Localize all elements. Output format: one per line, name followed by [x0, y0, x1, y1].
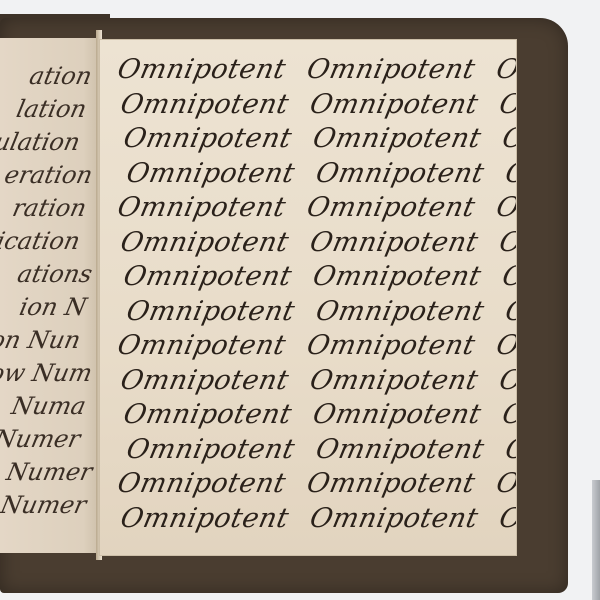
handwriting-line: OmnipotentOmnipotentOmnipotent — [124, 158, 516, 189]
left-page: ationlationulationerationrationicationat… — [0, 38, 98, 553]
handwritten-word: Omnipotent — [307, 89, 481, 120]
left-page-line: ication — [0, 227, 83, 255]
handwritten-word: Omnipotent — [304, 192, 478, 223]
handwriting-line: OmnipotentOmnipotentOmnipotent — [121, 123, 516, 154]
left-page-line: lation — [14, 95, 89, 123]
handwritten-word: Omnipotent — [115, 192, 289, 223]
handwritten-word: Omnipotent — [502, 296, 516, 327]
left-page-line: Numer — [0, 491, 89, 519]
handwriting-line: OmnipotentOmnipotentOmnipotent — [124, 434, 516, 465]
left-page-line: ulation — [0, 128, 83, 156]
right-page: OmnipotentOmnipotentOmOmnipotentOmnipote… — [100, 40, 516, 555]
handwritten-word: Omnipotent — [124, 434, 298, 465]
handwriting-line: OmnipotentOmnipotentOmnipotent — [121, 261, 516, 292]
handwritten-word: Omnipotent — [499, 123, 516, 154]
handwritten-word: Omnipotent — [121, 123, 295, 154]
left-page-line: ion N — [17, 293, 89, 321]
handwritten-word: Omnipotent — [124, 296, 298, 327]
handwritten-word: Omnipotent — [121, 261, 295, 292]
handwritten-word: Omnipotent — [502, 434, 516, 465]
handwritten-word: Omnipotent — [121, 399, 295, 430]
handwriting-line: OmnipotentOmnipotentOmnipotent — [115, 330, 516, 361]
handwritten-word: Omnipotent — [304, 468, 478, 499]
handwriting-line: OmnipotentOmnipotentOmnipoten — [118, 227, 516, 258]
handwritten-word: Omnipotent — [118, 227, 292, 258]
left-page-line: ation — [27, 62, 94, 90]
handwritten-word: Omnipotent — [118, 503, 292, 534]
handwriting-line: OmnipotentOmnipotentOmnipotent — [118, 503, 516, 534]
handwritten-word: Omnipotent — [115, 54, 289, 85]
handwritten-word: Omnipotent — [496, 365, 516, 396]
handwritten-word: Om — [493, 54, 516, 85]
handwritten-word: Omnipotent — [115, 330, 289, 361]
handwritten-word: Omnipotent — [502, 158, 516, 189]
frame-edge — [592, 480, 600, 600]
handwritten-word: Omnipotent — [499, 261, 516, 292]
handwritten-word: Omnipotent — [496, 503, 516, 534]
handwriting-line: OmnipotentOmnipotentOmnipotent — [121, 399, 516, 430]
handwritten-word: Omnipotent — [313, 296, 487, 327]
handwritten-word: Omnipotent — [118, 89, 292, 120]
handwritten-word: Omnipotent — [304, 330, 478, 361]
handwritten-word: Omnipotent — [115, 468, 289, 499]
handwritten-word: Omnipotent — [493, 468, 516, 499]
left-page-line: ow Num — [0, 359, 95, 387]
handwritten-word: Omnipotent — [307, 227, 481, 258]
handwritten-word: Omnipotent — [310, 399, 484, 430]
handwritten-word: Omnipotent — [313, 434, 487, 465]
left-page-line: eration — [2, 161, 95, 189]
handwritten-word: Omnipotent — [493, 192, 516, 223]
left-page-line: n Numer — [0, 425, 83, 453]
handwritten-word: Omnipoten — [496, 89, 516, 120]
left-page-line: Numer — [4, 458, 95, 486]
handwritten-word: Omnipotent — [499, 399, 516, 430]
handwriting-line: OmnipotentOmnipotentOmnipotent — [115, 468, 516, 499]
handwritten-word: Omnipoten — [496, 227, 516, 258]
handwritten-word: Omnipotent — [310, 261, 484, 292]
left-page-line: ration — [10, 194, 89, 222]
handwriting-line: OmnipotentOmnipotentOm — [115, 54, 516, 85]
handwritten-word: Omnipotent — [118, 365, 292, 396]
handwriting-line: OmnipotentOmnipotentOmnipotent — [124, 296, 516, 327]
handwriting-line: OmnipotentOmnipotentOmnipotent — [118, 365, 516, 396]
handwritten-word: Omnipotent — [310, 123, 484, 154]
left-page-line: ations — [15, 260, 95, 288]
handwritten-word: Omnipotent — [313, 158, 487, 189]
handwritten-word: Omnipotent — [304, 54, 478, 85]
left-page-line: Numa — [9, 392, 88, 420]
handwritten-word: Omnipotent — [307, 503, 481, 534]
handwriting-line: OmnipotentOmnipotentOmnipotent — [115, 192, 516, 223]
handwritten-word: Omnipotent — [124, 158, 298, 189]
handwriting-line: OmnipotentOmnipotentOmnipoten — [118, 89, 516, 120]
handwritten-word: Omnipotent — [307, 365, 481, 396]
handwritten-word: Omnipotent — [493, 330, 516, 361]
left-page-line: ion Nun — [0, 326, 83, 354]
